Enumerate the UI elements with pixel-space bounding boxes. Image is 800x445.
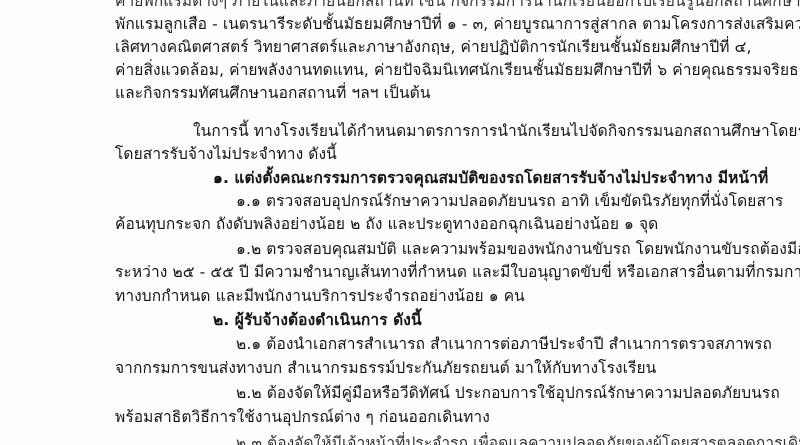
section-heading-1: ๑. แต่งตั้งคณะกรรมการตรวจคุณสมบัติของรถโ… — [213, 168, 768, 188]
document-line: พักแรมลูกเสือ - เนตรนารีระดับชั้นมัธยมศึ… — [115, 14, 800, 34]
document-line: โดยสารรับจ้างไม่ประจำทาง ดังนี้ — [115, 144, 337, 164]
document-line: และกิจกรรมทัศนศึกษานอกสถานที่ ฯลฯ เป็นต้… — [115, 83, 431, 103]
document-line: พร้อมสาธิตวิธีการใช้งานอุปกรณ์ต่าง ๆ ก่อ… — [115, 407, 490, 427]
document-line: ค้อนทุบกระจก ถังดับพลิงอย่างน้อย ๒ ถัง แ… — [115, 214, 658, 234]
document-line: ในการนี้ ทางโรงเรียนได้กำหนดมาตรการการนำ… — [193, 121, 800, 141]
document-line: ค่ายสิ่งแวดล้อม, ค่ายพลังงานทดแทน, ค่ายป… — [115, 60, 800, 80]
scanned-document-page: ค่ายพักแรมต่างๆ ภายในและภายนอกสถานที่ เช… — [0, 0, 800, 445]
document-line: ๑.๒ ตรวจสอบคุณสมบัติ และความพร้อมของพนัก… — [236, 239, 800, 259]
document-line: ๑.๑ ตรวจสอบอุปกรณ์รักษาความปลอดภัยบนรถ อ… — [236, 191, 783, 211]
document-line-cut-bottom: ๒.๓ ต้องจัดให้มีเจ้าหน้าที่ประจำรถ เพื่อ… — [236, 433, 800, 445]
document-line-cut-top: ค่ายพักแรมต่างๆ ภายในและภายนอกสถานที่ เช… — [115, 0, 800, 11]
document-line: ๒.๑ ต้องนำเอกสารสำเนารถ สำเนาการต่อภาษีป… — [236, 334, 772, 354]
document-line: ทางบกกำหนด และมีพนักงานบริการประจำรถอย่า… — [115, 286, 525, 306]
document-line: ๒.๒ ต้องจัดให้มีคู่มือหรือวีดิทัศน์ ประก… — [236, 383, 780, 403]
document-line: จากกรมการขนส่งทางบก สำเนากรมธรรม์ประกันภ… — [115, 358, 656, 378]
document-line: เลิศทางคณิตศาสตร์ วิทยาศาสตร์และภาษาอังก… — [115, 37, 752, 57]
document-line: ระหว่าง ๒๕ - ๕๕ ปี มีความชำนาญเส้นทางที่… — [115, 262, 800, 282]
section-heading-2: ๒. ผู้รับจ้างต้องดำเนินการ ดังนี้ — [213, 310, 422, 330]
